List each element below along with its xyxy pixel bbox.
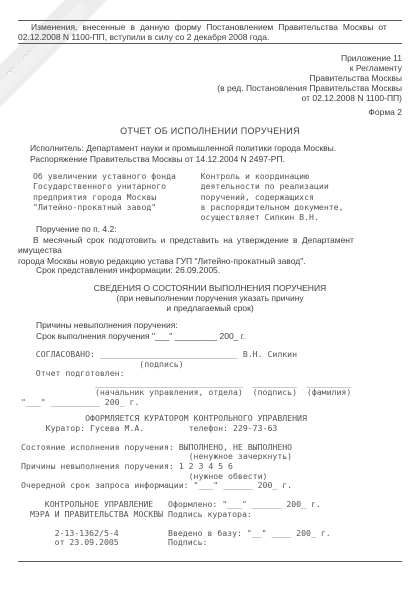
executor-block: Исполнитель: Департамент науки и промышл… — [30, 143, 336, 165]
subject-columns: Об увеличении уставного фонда Контроль и… — [33, 171, 344, 222]
top-rule — [18, 20, 402, 21]
document-page: NoNu.ru Изменения, внесенные в данную фо… — [0, 0, 420, 600]
approval-signature-block: СОГЛАСОВАНО: ___________________________… — [21, 350, 351, 408]
annex-reference: Приложение 11 к Регламенту Правительства… — [217, 53, 402, 103]
order-heading: Поручение по п. 4.2: — [36, 224, 117, 234]
non-fulfillment-reasons: Причины невыполнения поручения: Срок вып… — [36, 320, 245, 341]
info-deadline: Срок представления информации: 26.09.200… — [36, 265, 220, 275]
executor-line1: Исполнитель: Департамент науки и промышл… — [30, 143, 336, 154]
form-label: Форма 2 — [368, 107, 402, 117]
bottom-rule — [18, 561, 402, 562]
curator-status-block: ОФОРМЛЯЕТСЯ КУРАТОРОМ КОНТРОЛЬНОГО УПРАВ… — [21, 414, 307, 491]
amendment-note: Изменения, внесенные в данную форму Пост… — [18, 22, 402, 42]
reasons-line2: Срок выполнения поручения "___" ________… — [36, 331, 245, 342]
reasons-line1: Причины невыполнения поручения: — [36, 320, 245, 331]
divider-rule — [18, 43, 402, 44]
amendment-note-line2: 02.12.2008 N 1100-ПП, вступили в силу со… — [18, 32, 402, 42]
order-body-line1: В месячный срок подготовить и представит… — [18, 235, 402, 256]
control-department-block: КОНТРОЛЬНОЕ УПРАВЛЕНИЕ Оформлено: "___" … — [30, 500, 331, 548]
doc-title: ОТЧЕТ ОБ ИСПОЛНЕНИИ ПОРУЧЕНИЯ — [18, 126, 402, 136]
amendment-note-line1: Изменения, внесенные в данную форму Пост… — [18, 22, 402, 32]
executor-line2: Распоряжение Правительства Москвы от 14.… — [30, 154, 336, 165]
status-section-heading: СВЕДЕНИЯ О СОСТОЯНИИ ВЫПОЛНЕНИЯ ПОРУЧЕНИ… — [18, 283, 402, 313]
order-body: В месячный срок подготовить и представит… — [18, 235, 402, 266]
